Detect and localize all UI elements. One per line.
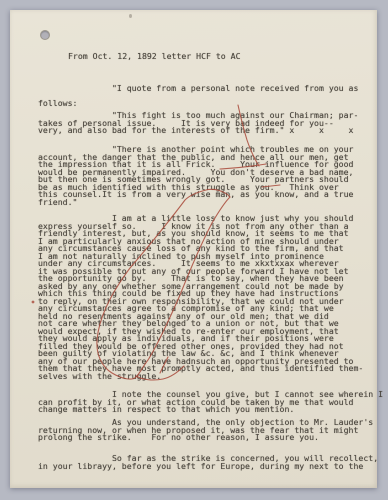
typed-paragraph-lauder: As you understand, the only objection to… [38,419,374,442]
typed-paragraph-strike: So far as the strike is concerned, you w… [38,455,374,470]
typed-paragraph-intro: "I quote from a personal note received f… [38,81,374,111]
typed-paragraph-reply-loss: I am at a little loss to know just why y… [38,215,374,380]
letter-header-line: From Oct. 12, 1892 letter HCF to AC [68,53,388,61]
typed-paragraph-quote-another-point: "There is another point which troubles m… [38,146,374,206]
paper-speck [129,14,132,18]
letter-paper: From Oct. 12, 1892 letter HCF to AC "I q… [10,10,377,488]
typed-paragraph-quote-fight: "This fight is too much against our Chai… [38,112,374,135]
scan-background: { "scan": { "background_color": "#b6b9c3… [0,0,388,500]
punch-hole [40,30,50,40]
typed-paragraph-note-counsel: I note the counsel you give, but I canno… [38,391,374,414]
